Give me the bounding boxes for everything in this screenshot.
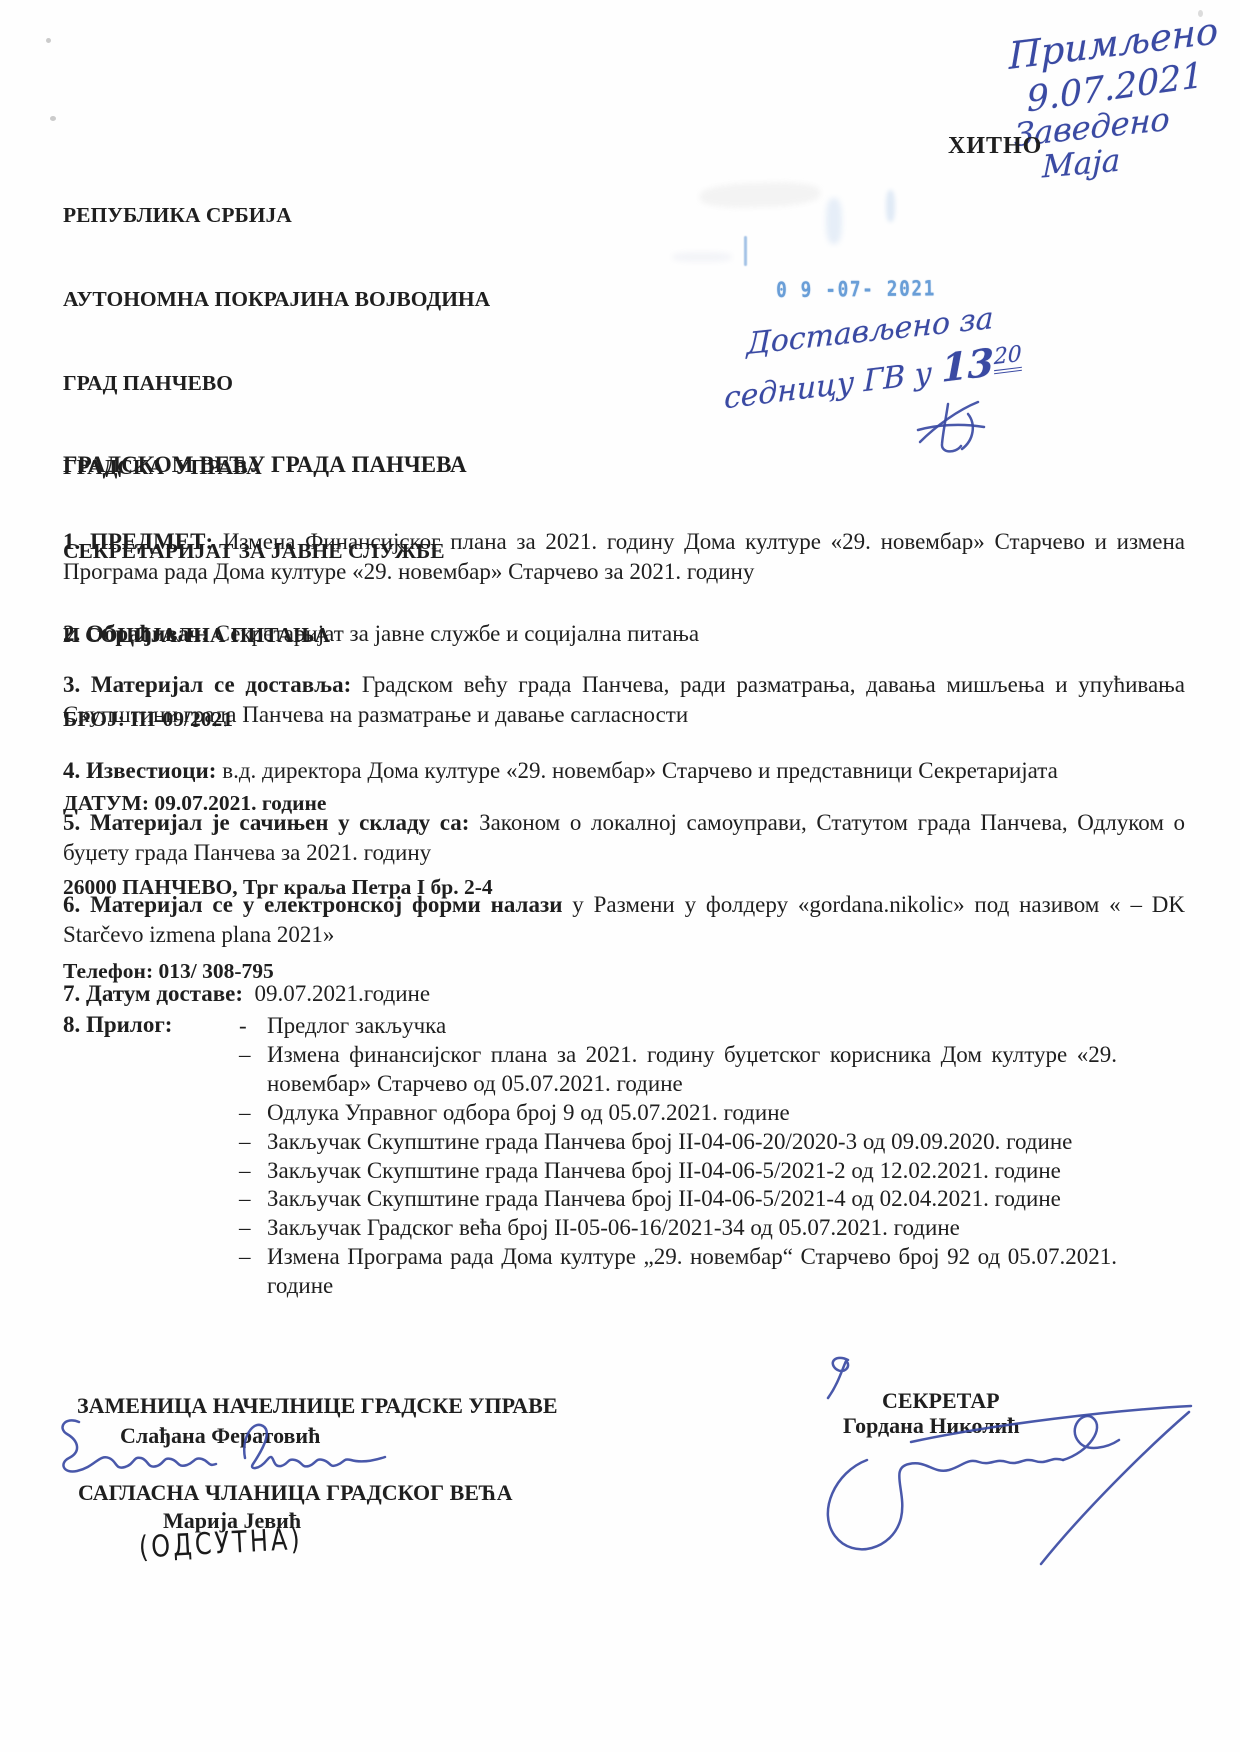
deputy-signature-icon (55, 1414, 395, 1484)
stamp-smudge (744, 236, 747, 266)
section-5-sklad: 5. Материјал је сачињен у складу са: Зак… (63, 808, 1185, 868)
stamp-smudge (886, 190, 895, 222)
attachment-item: Измена Програма рада Дома културе „29. н… (237, 1243, 1117, 1301)
attachment-item: Закључак Скупштине града Панчева број II… (237, 1185, 1117, 1214)
attachment-item: Предлог закључка (237, 1012, 1117, 1041)
stamp-smudge (672, 252, 732, 262)
attachment-item: Одлука Управног одбора број 9 од 05.07.2… (237, 1099, 1117, 1128)
letterhead-line-city: ГРАД ПАНЧЕВО (63, 369, 493, 397)
attachment-item: Измена финансијског плана за 2021. годин… (237, 1041, 1117, 1099)
section-7-datum-dostave: 7. Датум доставе: 09.07.2021.године (63, 979, 1185, 1009)
page-title: ГРАДСКОМ ВЕЋУ ГРАДА ПАНЧЕВА (63, 452, 467, 478)
urgent-label: ХИТНО (948, 133, 1042, 160)
received-note-line-4: Маја (1042, 142, 1121, 185)
section-1-predmet: 1. ПРЕДМЕТ: Измена Финансијског плана за… (63, 527, 1185, 587)
attachments-label: 8. Прилог: (63, 1012, 172, 1038)
consent-title: САГЛАСНА ЧЛАНИЦА ГРАДСКОГ ВЕЋА (78, 1480, 512, 1506)
delivery-time: 13 (941, 339, 993, 391)
stamp-date: 0 9 -07- 2021 (776, 276, 936, 302)
attachment-item: Закључак Скупштине града Панчева број II… (237, 1128, 1117, 1157)
scan-speck (50, 116, 56, 121)
initials-scrawl-icon (912, 396, 990, 458)
stamp-smudge (700, 181, 821, 209)
scan-speck (46, 38, 51, 43)
stamp-smudge (826, 198, 842, 244)
section-3-dostavlja: 3. Материјал се доставља: Градском већу … (63, 670, 1185, 730)
attachment-item: Закључак Скупштине града Панчева број II… (237, 1157, 1117, 1186)
delivery-time-minutes: 20 (994, 342, 1022, 375)
section-4-izvestioci: 4. Известиоци: в.д. директора Дома култу… (63, 756, 1185, 786)
attachments-list: Предлог закључка Измена финансијског пла… (237, 1012, 1117, 1301)
document-page: Примљено 9.07.2021 Заведено Маја ХИТНО Р… (0, 0, 1240, 1752)
letterhead-line-republic: РЕПУБЛИКА СРБИЈА (63, 201, 493, 229)
attachment-item: Закључак Градског већа број II-05-06-16/… (237, 1214, 1117, 1243)
absent-note: (ОДСУТНА) (138, 1521, 303, 1565)
secretary-signature-icon (815, 1402, 1195, 1567)
letterhead-line-province: АУТОНОМНА ПОКРАЈИНА ВОЈВОДИНА (63, 285, 493, 313)
section-2-obradjivac: 2. Обрађивач: Секретаријат за јавне служ… (63, 619, 1185, 649)
section-6-elektronska-forma: 6. Материјал се у електронској форми нал… (63, 890, 1185, 950)
ink-mark-icon (820, 1354, 862, 1404)
